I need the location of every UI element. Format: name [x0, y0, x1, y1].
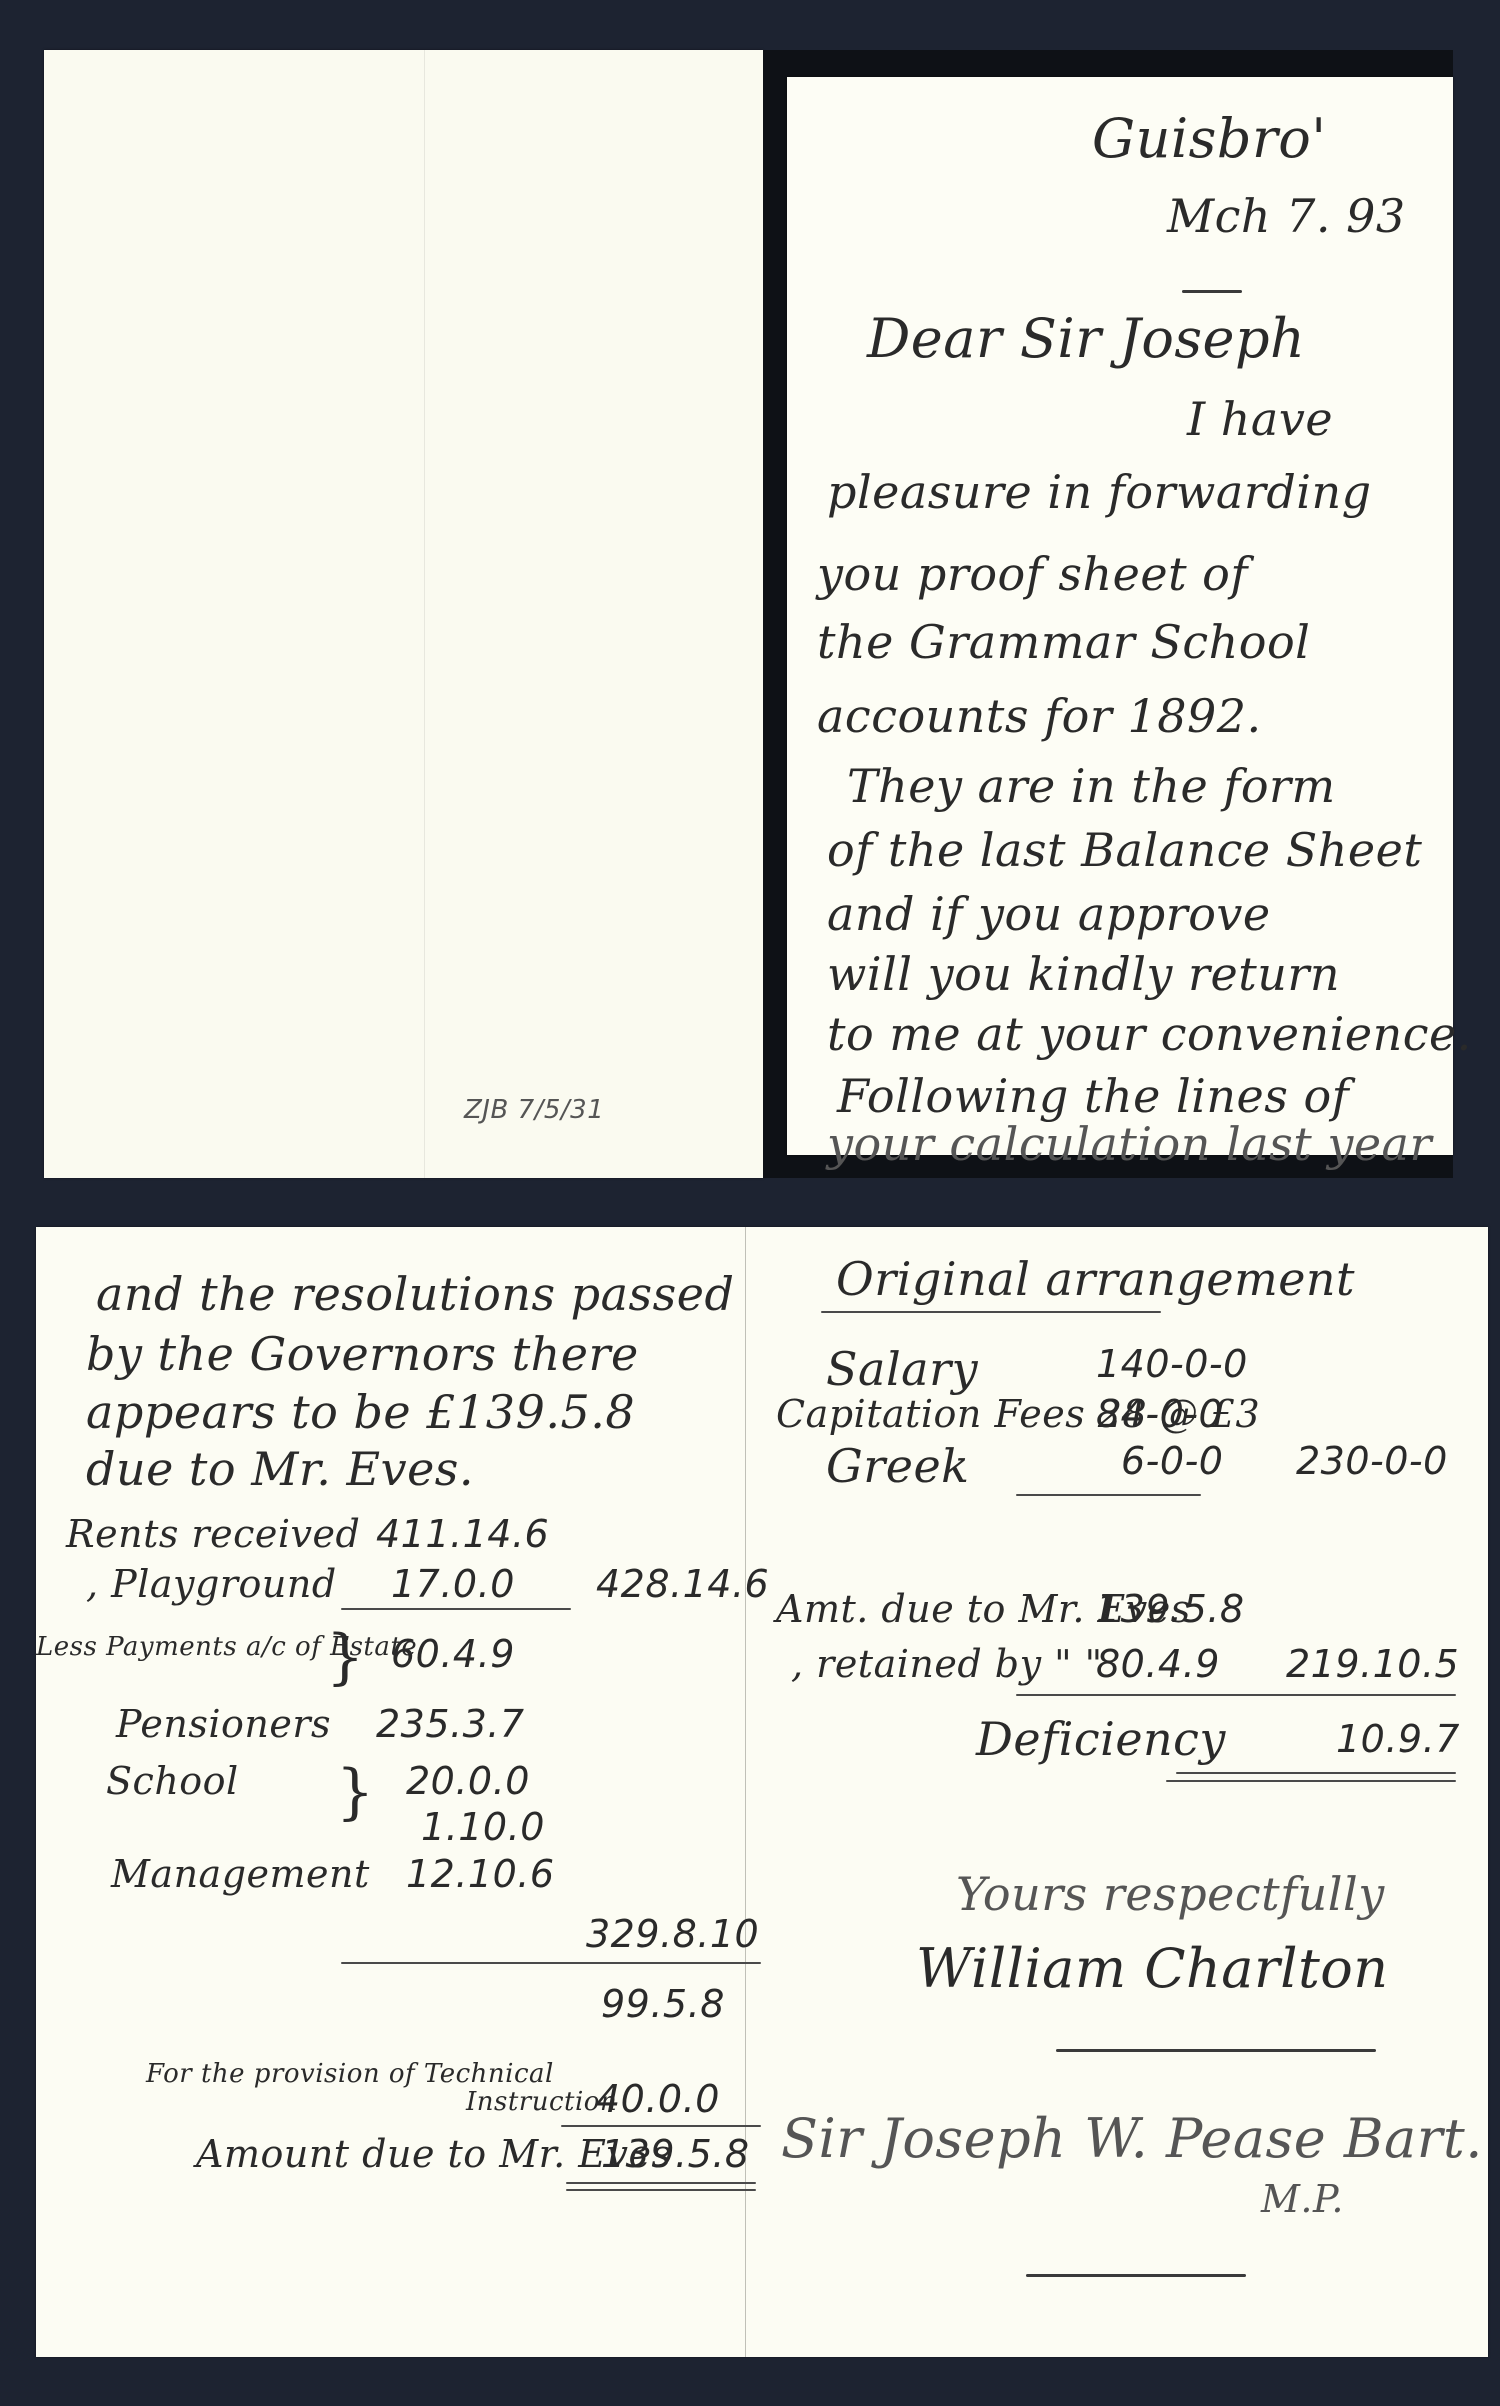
arrangement-amount: 84-0-0	[1096, 1392, 1223, 1436]
letter-salutation: Dear Sir Joseph	[867, 307, 1305, 370]
arrangement-heading: Original arrangement	[836, 1252, 1355, 1306]
subtotal-amount: 329.8.10	[586, 1912, 759, 1956]
technical-amount: 40.0.0	[596, 2077, 720, 2121]
account-amount: 20.0.0	[406, 1759, 530, 1803]
amount-due-rule	[566, 2189, 756, 2191]
technical-rule	[561, 2125, 761, 2127]
letter-line: to me at your convenience.	[827, 1007, 1472, 1061]
document-scan: { "background_color": "#1d2331", "paper_…	[0, 0, 1500, 2406]
continuation-line: due to Mr. Eves.	[86, 1442, 474, 1496]
account-amount: 12.10.6	[406, 1852, 555, 1896]
account-label: Pensioners	[116, 1702, 331, 1746]
due-amount: 139.5.8	[1096, 1587, 1245, 1631]
letter-line: you proof sheet of	[817, 547, 1248, 601]
account-label: Rents received	[66, 1512, 360, 1556]
retained-amount: 80.4.9	[1096, 1642, 1220, 1686]
date-underline	[1182, 290, 1242, 293]
addressee-line-1: Sir Joseph W. Pease Bart.	[781, 2107, 1483, 2170]
balance-amount: 99.5.8	[601, 1982, 725, 2026]
account-label: School	[106, 1759, 239, 1803]
letter-page-1: Guisbro' Mch 7. 93 Dear Sir Joseph I hav…	[787, 77, 1453, 1155]
letter-place: Guisbro'	[1092, 107, 1327, 170]
arrangement-total: 230-0-0	[1296, 1439, 1448, 1483]
deficiency-amount: 10.9.7	[1336, 1717, 1460, 1761]
account-amount: 60.4.9	[391, 1632, 515, 1676]
account-amount: 411.14.6	[376, 1512, 549, 1556]
fold-line	[745, 1227, 746, 2357]
letter-page-2-3: and the resolutions passed by the Govern…	[36, 1227, 1488, 2357]
account-amount: 1.10.0	[421, 1805, 545, 1849]
heading-underline	[821, 1311, 1161, 1313]
letter-line: the Grammar School	[817, 615, 1310, 669]
arrangement-amount: 140-0-0	[1096, 1342, 1248, 1386]
account-total: 428.14.6	[596, 1562, 769, 1606]
valediction: Yours respectfully	[956, 1867, 1385, 1921]
signature: William Charlton	[916, 1937, 1389, 2000]
archive-note: ZJB 7/5/31	[464, 1095, 604, 1125]
deficiency-rule	[1166, 1780, 1456, 1782]
deficiency-label: Deficiency	[976, 1712, 1226, 1766]
continuation-line: by the Governors there	[86, 1327, 639, 1381]
letter-line: pleasure in forwarding	[827, 465, 1372, 519]
arrangement-label: Salary	[826, 1342, 978, 1396]
deficiency-rule	[1176, 1772, 1456, 1774]
subtotal-rule	[341, 1962, 761, 1964]
retained-rule	[1016, 1694, 1456, 1696]
amount-due-value: 139.5.8	[601, 2132, 750, 2176]
arrangement-label: Greek	[826, 1439, 970, 1493]
retained-label: , retained by " "	[791, 1642, 1103, 1686]
signature-rule	[1056, 2049, 1376, 2052]
technical-label: For the provision of Technical	[146, 2059, 554, 2089]
brace-icon: }	[336, 1757, 374, 1827]
addressee-rule	[1026, 2274, 1246, 2277]
continuation-line: appears to be £139.5.8	[86, 1385, 635, 1439]
letter-line: accounts for 1892.	[817, 689, 1262, 743]
amount-due-rule	[566, 2182, 756, 2184]
brace-icon: }	[326, 1622, 364, 1692]
letter-line: Following the lines of	[837, 1069, 1349, 1123]
blank-sheet: ZJB 7/5/31	[44, 50, 763, 1178]
letter-line: your calculation last year	[827, 1117, 1432, 1171]
combined-total: 219.10.5	[1286, 1642, 1459, 1686]
account-amount: 17.0.0	[391, 1562, 515, 1606]
letter-line: They are in the form	[847, 759, 1336, 813]
account-label: , Playground	[86, 1562, 337, 1606]
letter-line: and if you approve	[827, 887, 1271, 941]
arrangement-amount: 6-0-0	[1121, 1439, 1223, 1483]
letter-date: Mch 7. 93	[1167, 189, 1406, 243]
account-label: Management	[111, 1852, 370, 1896]
account-amount: 235.3.7	[376, 1702, 525, 1746]
account-rule	[341, 1608, 571, 1610]
continuation-line: and the resolutions passed	[96, 1267, 734, 1321]
addressee-line-2: M.P.	[1261, 2177, 1344, 2221]
arrangement-rule	[1016, 1494, 1201, 1496]
fold-line	[424, 50, 425, 1178]
letter-line: will you kindly return	[827, 947, 1340, 1001]
letter-line: of the last Balance Sheet	[827, 823, 1422, 877]
technical-label: Instruction	[466, 2087, 617, 2117]
letter-line: I have	[1187, 392, 1333, 446]
